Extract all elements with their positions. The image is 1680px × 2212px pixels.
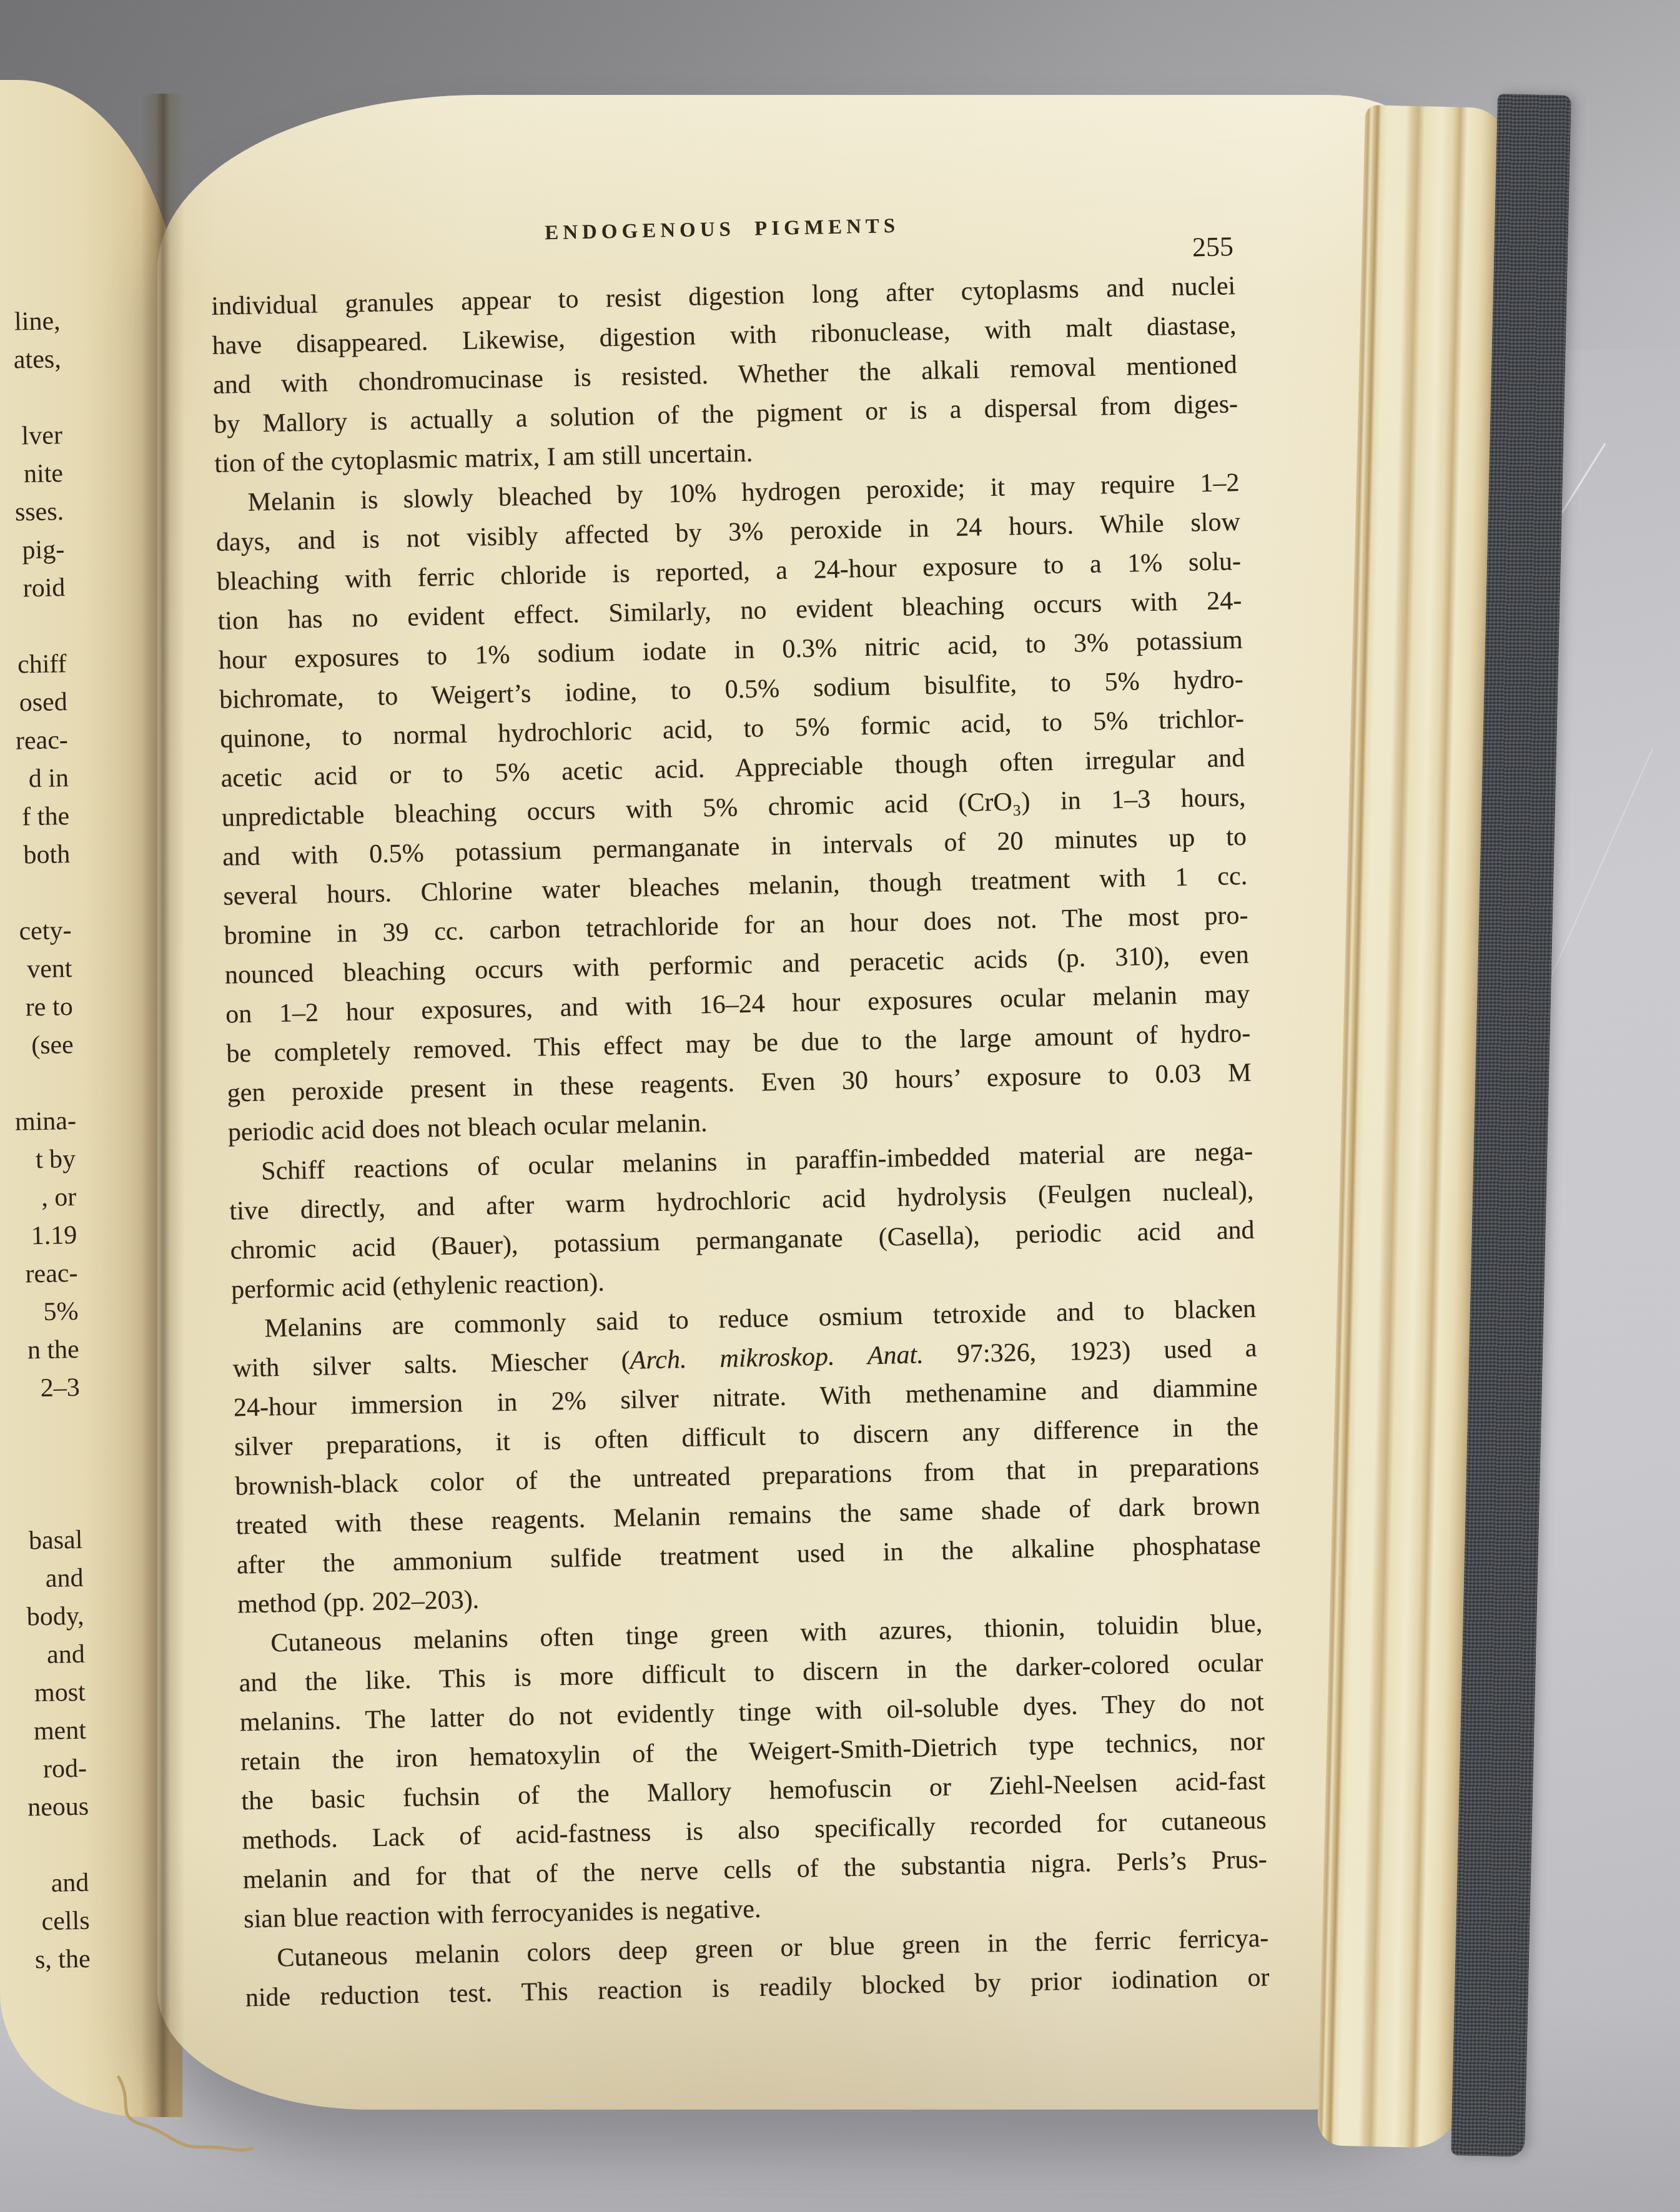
- background-scratch: [1546, 748, 1654, 989]
- left-page-fragment: s, the: [30, 1940, 91, 1980]
- left-page-fragment: [6, 607, 66, 646]
- left-page-fragment: reac-: [7, 721, 68, 761]
- left-page-fragment: sses.: [4, 493, 64, 532]
- left-page-fragment: ates,: [1, 340, 61, 380]
- left-page-fragment: [21, 1445, 82, 1484]
- left-page-fragment: and: [24, 1636, 85, 1675]
- left-page-fragment: (see: [13, 1026, 74, 1065]
- left-page-fragment: re to: [12, 988, 73, 1027]
- left-page-fragment: cety-: [11, 912, 72, 951]
- left-page-fragment: [1, 378, 62, 418]
- left-page-fragment: n the: [19, 1331, 79, 1370]
- left-page-fragment: chiff: [6, 645, 67, 684]
- page-gutter-shadow: [141, 94, 185, 2117]
- paragraph: Cutaneous melanins often tinge green wit…: [238, 1604, 1268, 1940]
- left-page-fragment: [28, 1826, 89, 1865]
- left-page-fragment: roid: [5, 569, 66, 608]
- body-text: individual granules appear to resist dig…: [211, 267, 1270, 2018]
- left-page-fragment: cells: [29, 1902, 90, 1942]
- left-page-fragment: [22, 1483, 82, 1523]
- paragraph: individual granules appear to resist dig…: [211, 267, 1239, 484]
- left-page-fragment: and: [23, 1559, 84, 1599]
- left-page-fragment: 5%: [18, 1293, 79, 1332]
- left-page-fragment: [14, 1064, 74, 1104]
- left-page-fragment: reac-: [17, 1255, 78, 1294]
- left-page-fragment: lver: [2, 417, 62, 456]
- paragraph: Melanin is slowly bleached by 10% hydrog…: [215, 463, 1252, 1153]
- left-page-fragment: most: [25, 1674, 86, 1713]
- left-page-fragment: neous: [27, 1788, 88, 1827]
- left-page-fragment: f the: [9, 797, 70, 837]
- left-page-fragment: basal: [22, 1521, 83, 1561]
- left-page-fragment: nite: [2, 455, 63, 494]
- paragraph: Melanins are commonly said to reduce osm…: [232, 1290, 1262, 1625]
- left-page-fragment: t by: [16, 1140, 76, 1180]
- left-page-fragment: 2–3: [19, 1369, 80, 1408]
- left-page-fragment: vent: [12, 950, 72, 989]
- left-page-fragment: body,: [24, 1597, 84, 1637]
- left-page-fragment: d in: [8, 759, 69, 799]
- book-photo: line,ates, lvernitesses.pig-roid chiffos…: [0, 0, 1680, 2212]
- left-page-fragment: [20, 1407, 81, 1446]
- left-page-fragment: both: [10, 836, 71, 875]
- facing-page-text-fragments: line,ates, lvernitesses.pig-roid chiffos…: [0, 302, 91, 1979]
- left-page-fragment: rod-: [26, 1750, 87, 1789]
- left-page-fragment: osed: [7, 683, 67, 723]
- left-page-fragment: mina-: [14, 1102, 75, 1142]
- left-page-fragment: line,: [0, 302, 61, 342]
- paragraph: Schiff reactions of ocular melanins in p…: [229, 1132, 1256, 1310]
- left-page-fragment: and: [29, 1864, 89, 1903]
- left-page-fragment: 1.19: [17, 1217, 77, 1256]
- left-page-fragment: , or: [16, 1178, 77, 1218]
- left-page-fragment: [11, 874, 71, 913]
- page-text-block: ENDOGENOUS PIGMENTS 255 individual granu…: [210, 208, 1270, 2018]
- left-page-fragment: ment: [26, 1712, 86, 1751]
- page-number: 255: [1192, 230, 1233, 263]
- left-page-fragment: pig-: [4, 531, 65, 570]
- loose-thread: [110, 2073, 260, 2167]
